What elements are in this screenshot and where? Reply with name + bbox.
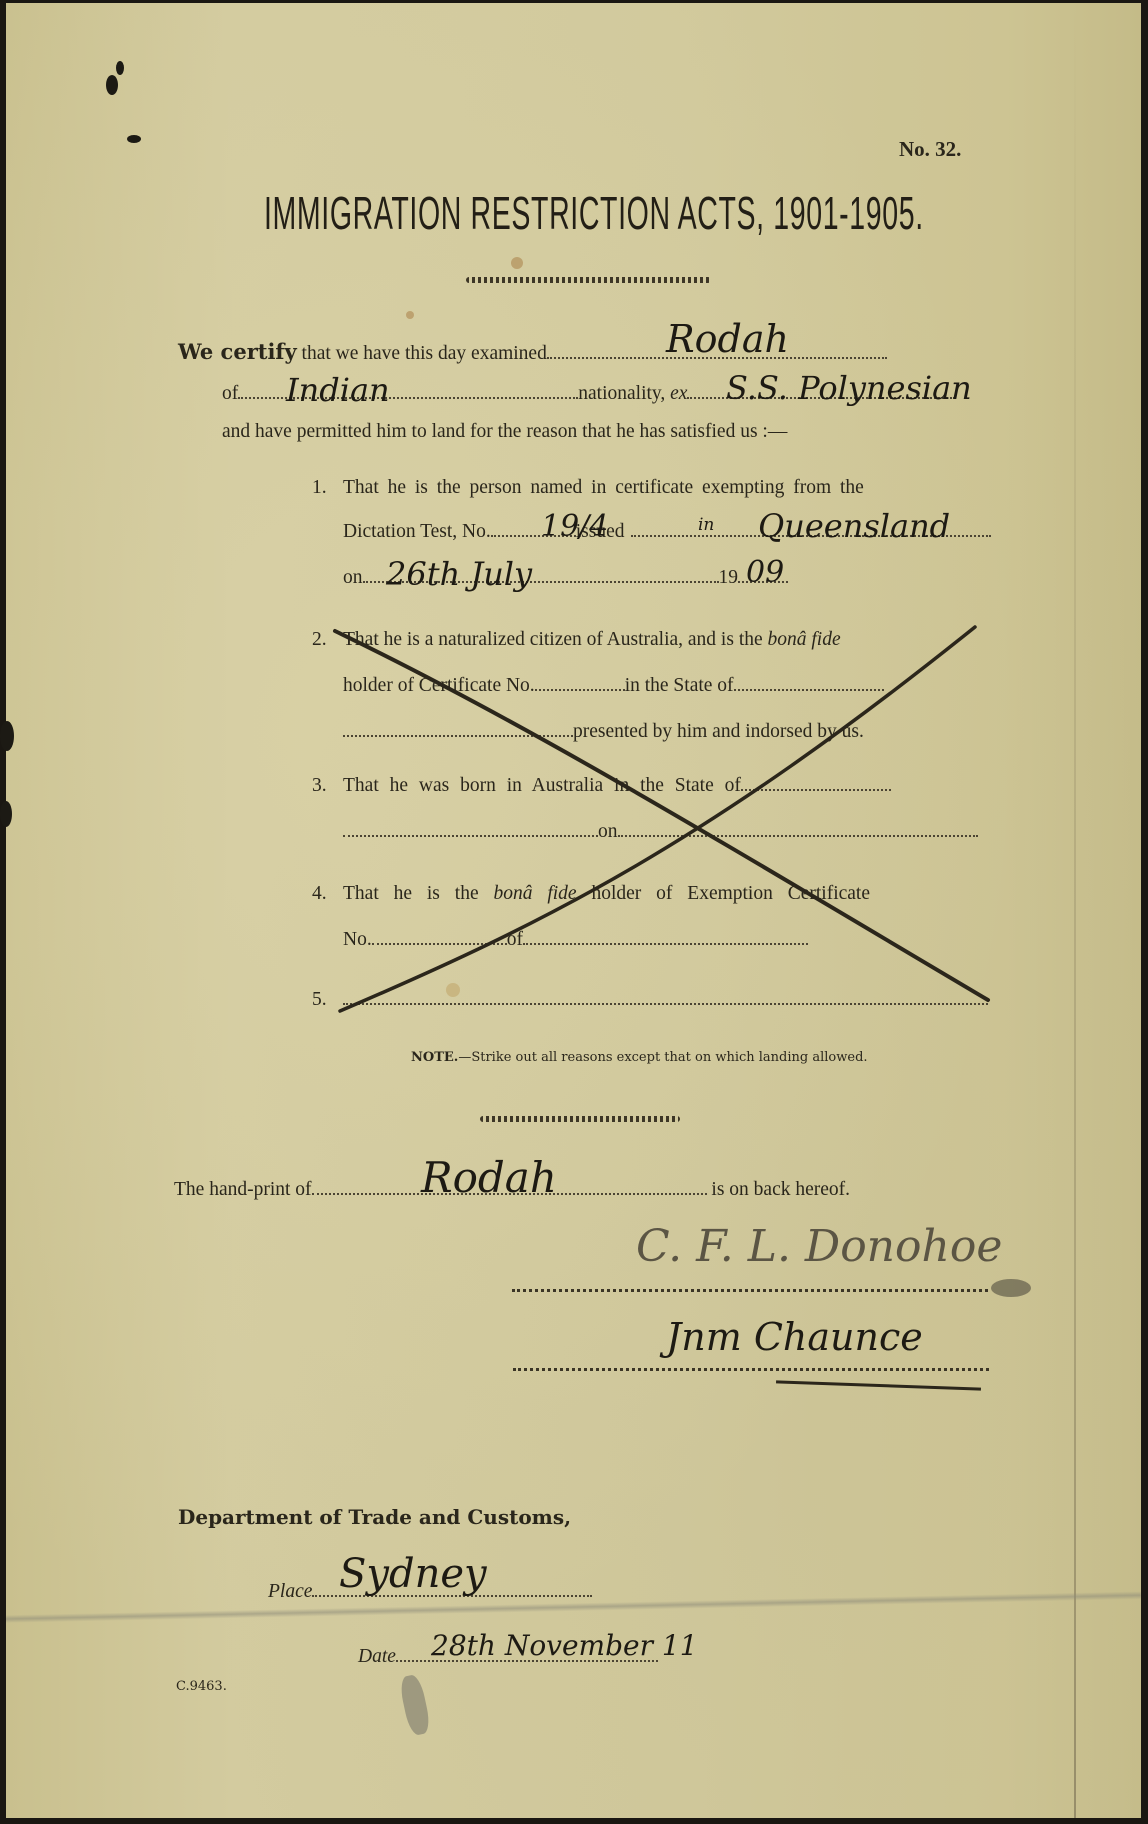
reason-1-number: 1. <box>312 477 327 499</box>
exemption-of-label: of <box>507 929 523 950</box>
signature-line-2 <box>513 1368 989 1371</box>
binding-hole <box>0 721 14 751</box>
of-label: of <box>222 383 238 404</box>
form-number: No. 32. <box>899 137 961 162</box>
reason-4-line-2: No.of <box>343 929 808 951</box>
reason-4-text-a: That he is the <box>343 883 479 904</box>
year-prefix: 19 <box>719 567 739 588</box>
certificate-number: 19/4 <box>541 509 608 544</box>
birth-date-field <box>618 835 978 837</box>
holder-label: holder of Certificate No. <box>343 675 535 696</box>
reason-3-line-2: on <box>343 821 978 843</box>
presented-label: presented by him and indorsed by us. <box>573 721 864 742</box>
ship-value: S.S. Polynesian <box>726 369 972 407</box>
examined-name: Rodah <box>666 317 789 361</box>
birth-blank-field <box>343 835 598 837</box>
strike-out-note: NOTE.—Strike out all reasons except that… <box>411 1050 868 1065</box>
born-in-label: That he was born in Australia in the Sta… <box>343 775 741 796</box>
place-value: Sydney <box>339 1551 487 1597</box>
exemption-no-field <box>372 943 507 945</box>
ink-smear <box>398 1673 432 1736</box>
binding-hole <box>106 75 118 95</box>
handprint-name: Rodah <box>421 1153 557 1202</box>
naturalization-cert-field <box>535 689 625 691</box>
signature-underline <box>776 1380 981 1390</box>
ink-smudge <box>991 1279 1031 1297</box>
reason-5-number: 5. <box>312 989 327 1011</box>
issued-place: Queensland <box>758 507 950 545</box>
fold-crease-vertical <box>1074 3 1076 1818</box>
reason-5-field <box>343 1003 988 1005</box>
presented-field <box>343 735 573 737</box>
reason-2-text: That he is a naturalized citizen of Aust… <box>343 629 763 650</box>
reason-1-line-1: That he is the person named in certifica… <box>343 477 864 499</box>
title-ornament <box>466 277 711 283</box>
issued-prep: in <box>698 515 714 535</box>
note-text: —Strike out all reasons except that on w… <box>458 1050 867 1065</box>
reason-3-number: 3. <box>312 775 327 797</box>
note-ornament <box>480 1116 680 1122</box>
ex-label: ex <box>670 383 687 404</box>
reason-2-number: 2. <box>312 629 327 651</box>
signature-officer-1: C. F. L. Donohoe <box>636 1221 1002 1272</box>
exemption-of-field <box>523 943 808 945</box>
issued-date: 26th July <box>386 555 532 593</box>
document-title: IMMIGRATION RESTRICTION ACTS, 1901-1905. <box>264 186 924 240</box>
bona-fide-italic: bonâ fide <box>493 883 576 904</box>
reason-4-text-b: holder of Exemption Certificate <box>591 883 870 904</box>
on-label: on <box>343 567 363 588</box>
signature-line-1 <box>512 1289 988 1292</box>
reason-4-number: 4. <box>312 883 327 905</box>
certify-text: that we have this day examined <box>302 343 547 364</box>
form-code: C.9463. <box>176 1679 227 1694</box>
nationality-value: Indian <box>286 371 390 409</box>
binding-hole <box>0 801 12 827</box>
reason-5-line <box>343 989 988 1011</box>
handprint-suffix: is on back hereof. <box>711 1179 850 1200</box>
place-label: Place <box>268 1581 312 1602</box>
date-value: 28th November 11 <box>431 1629 698 1662</box>
bona-fide-italic: bonâ fide <box>768 629 841 650</box>
reason-3-line-1: That he was born in Australia in the Sta… <box>343 775 891 797</box>
nationality-label: nationality, <box>578 383 665 404</box>
birth-state-field <box>741 789 891 791</box>
signature-officer-2: Jnm Chaunce <box>666 1315 923 1359</box>
handprint-label: The hand-print of <box>174 1179 312 1200</box>
rust-stain <box>406 311 414 319</box>
immigration-certificate-page: No. 32. IMMIGRATION RESTRICTION ACTS, 19… <box>6 3 1141 1818</box>
binding-hole <box>127 135 141 143</box>
department-name: Department of Trade and Customs, <box>178 1505 571 1529</box>
strike-out-cross-icon <box>6 3 1141 1818</box>
reason-2-line-2: holder of Certificate No.in the State of <box>343 675 884 697</box>
state-label: in the State of <box>625 675 734 696</box>
note-label: NOTE. <box>411 1050 458 1065</box>
date-label: Date <box>358 1646 396 1667</box>
binding-hole <box>116 61 124 75</box>
certify-line-3: and have permitted him to land for the r… <box>222 421 787 443</box>
reason-2-line-3: presented by him and indorsed by us. <box>343 721 864 743</box>
born-on-label: on <box>598 821 618 842</box>
rust-stain <box>511 257 523 269</box>
exemption-no-label: No. <box>343 929 372 950</box>
reason-2-line-1: That he is a naturalized citizen of Aust… <box>343 629 841 651</box>
state-field <box>734 689 884 691</box>
dictation-test-label: Dictation Test, No. <box>343 521 491 542</box>
reason-4-line-1: That he is the bonâ fide holder of Exemp… <box>343 883 870 905</box>
certify-lead: We certify <box>178 339 297 364</box>
issued-year: 09 <box>746 555 784 590</box>
